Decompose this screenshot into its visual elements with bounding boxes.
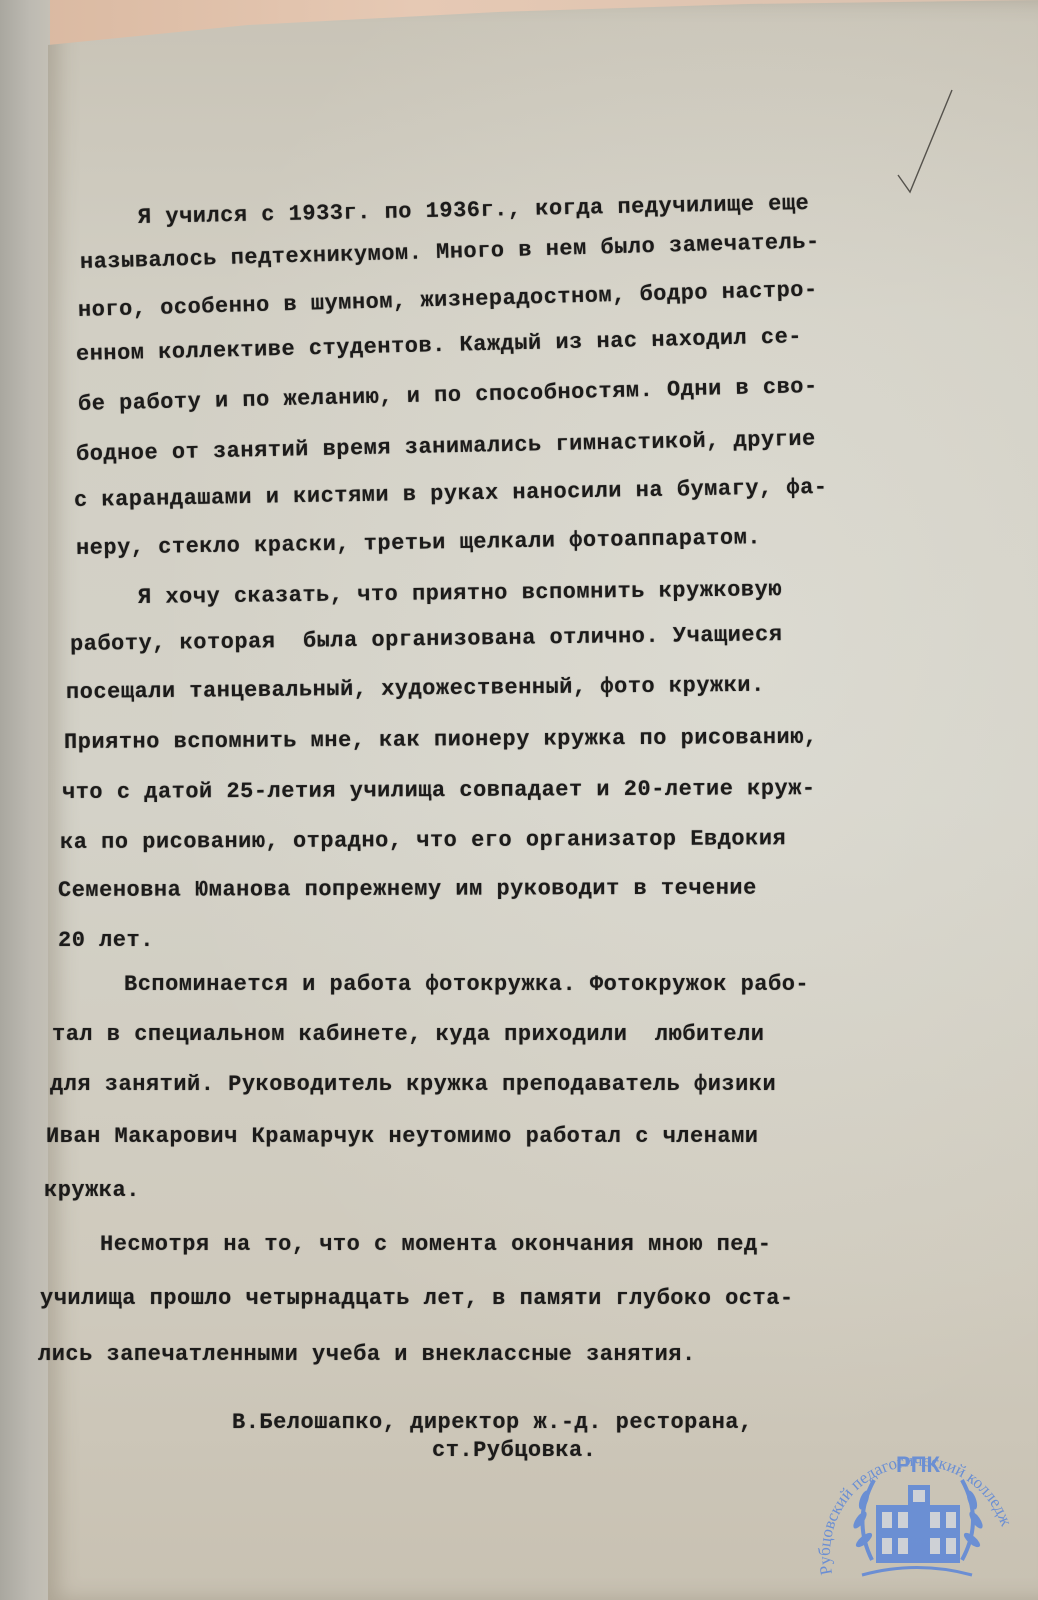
text-line: училища прошло четырнадцать лет, в памят… <box>40 1286 794 1311</box>
text-line: лись запечатленными учеба и внеклассные … <box>38 1342 696 1367</box>
text-line: для занятий. Руководитель кружка препода… <box>50 1072 776 1097</box>
text-line: кружка. <box>44 1178 140 1203</box>
signature-line-2: ст.Рубцовка. <box>432 1438 596 1463</box>
text-line: Вспоминается и работа фотокружка. Фотокр… <box>124 972 809 997</box>
text-line: Иван Макарович Крамарчук неутомимо работ… <box>46 1124 759 1149</box>
text-line: что с датой 25-летия училища совпадает и… <box>62 776 816 805</box>
text-line: Приятно вспомнить мне, как пионеру кружк… <box>64 725 818 755</box>
college-stamp-icon: РПК Рубцовский педагогический колледж <box>812 1410 1022 1600</box>
text-line: Несмотря на то, что с момента окончания … <box>100 1232 771 1257</box>
text-line: тал в специальном кабинете, куда приходи… <box>52 1022 765 1047</box>
text-line: ка по рисованию, отрадно, что его органи… <box>60 826 786 855</box>
text-line: 20 лет. <box>58 928 154 953</box>
text-line: Семеновна Юманова попрежнему им руководи… <box>58 876 757 903</box>
signature-line-1: В.Белошапко, директор ж.-д. ресторана, <box>232 1410 753 1435</box>
pencil-checkmark-icon <box>890 80 960 200</box>
